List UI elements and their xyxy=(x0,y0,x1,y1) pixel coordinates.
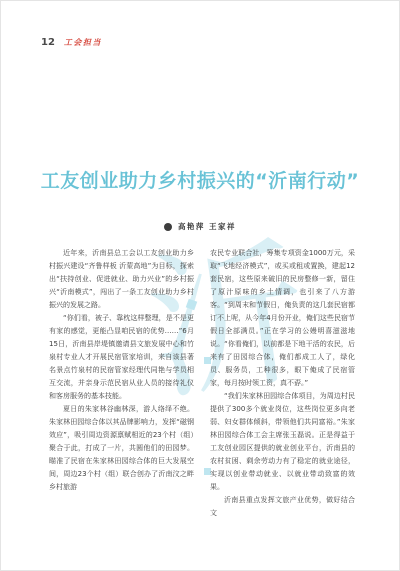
page-number: 12 xyxy=(41,37,55,48)
magazine-page: 12 工会担当 沂 工友创业助力乡村振兴的“沂南行动” 高艳萍 王家祥 近年来，… xyxy=(0,0,400,571)
paragraph: “我们朱家林田园综合体项目，为周边村民提供了300多个就业岗位，这些岗位更多向老… xyxy=(210,390,355,494)
page-header: 12 工会担当 xyxy=(41,37,102,48)
author-icon xyxy=(164,223,172,231)
author-names: 高艳萍 王家祥 xyxy=(178,221,236,232)
byline: 高艳萍 王家祥 xyxy=(1,221,399,232)
article-title: 工友创业助力乡村振兴的“沂南行动” xyxy=(1,166,399,193)
paragraph: 近年来，沂南县总工会以工友创业助力乡村振兴建设“齐鲁样板 沂蒙高地”为目标，探索… xyxy=(49,247,194,312)
paragraph-continuation: 农民专业联合社，筹集专项资金1000万元，采取“飞地经济模式”，或买或租或置换，… xyxy=(210,247,355,390)
paragraph: “你们看，被子、靠枕这样整理，是不是更有家的感觉，更能凸显咱民宿的优势……”6月… xyxy=(49,312,194,403)
paragraph: 沂南县重点发挥文旅产业优势，做好结合文 xyxy=(210,494,355,520)
column-left: 近年来，沂南县总工会以工友创业助力乡村振兴建设“齐鲁样板 沂蒙高地”为目标，探索… xyxy=(49,247,194,520)
paragraph: 夏日的朱家林谷幽林深，游人络绎不绝。朱家林田园综合体以其品牌影响力，发挥“磁钢效… xyxy=(49,403,194,494)
column-right: 农民专业联合社，筹集专项资金1000万元，采取“飞地经济模式”，或买或租或置换，… xyxy=(210,247,355,520)
section-label: 工会担当 xyxy=(64,37,102,48)
article-body: 近年来，沂南县总工会以工友创业助力乡村振兴建设“齐鲁样板 沂蒙高地”为目标，探索… xyxy=(49,247,355,520)
